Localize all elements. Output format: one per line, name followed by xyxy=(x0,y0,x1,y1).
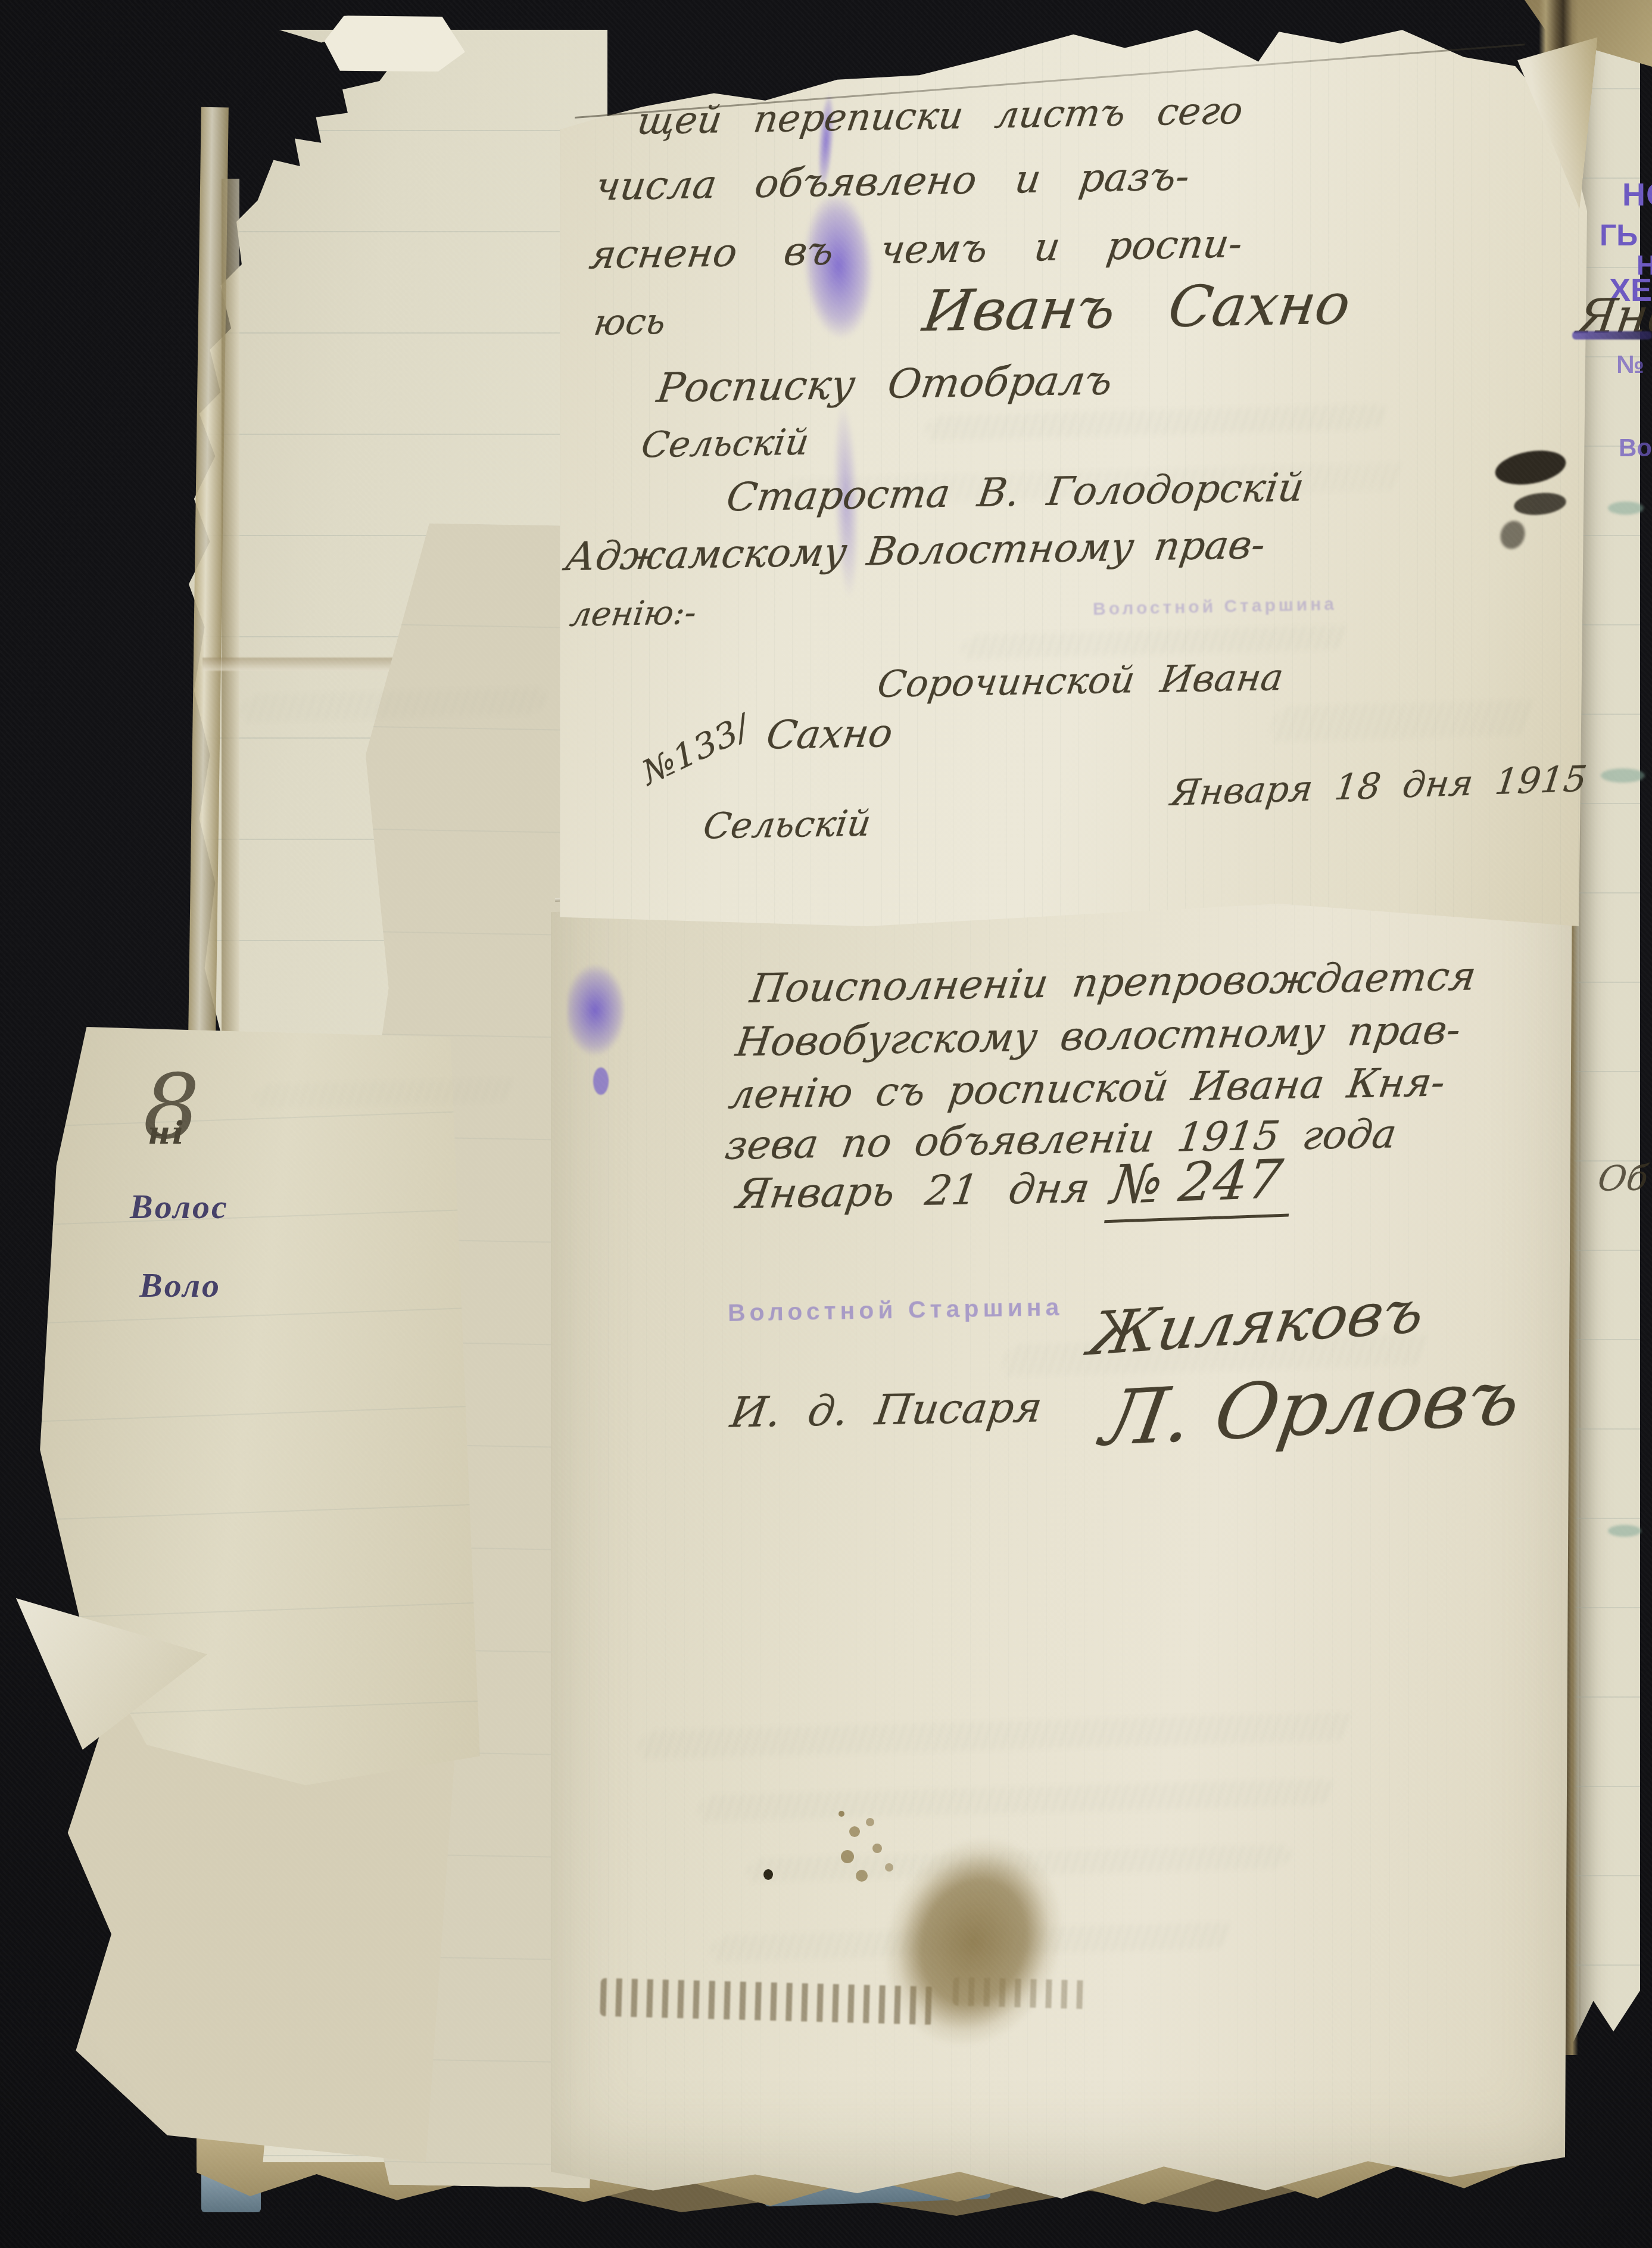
violet-ink-drip xyxy=(593,1067,609,1095)
doc1-name-ivan-sakhno: Иванъ Сахно xyxy=(919,272,1354,344)
doc1-line: Росписку Отобралъ xyxy=(654,357,1115,412)
volost-elder-stamp: Волостной Старшина xyxy=(728,1293,1064,1327)
doc1-line: Сельскій xyxy=(639,422,812,466)
printed-volost-fragment: Волос xyxy=(130,1187,229,1226)
doc2-date-line: Январь 21 дня xyxy=(734,1165,1093,1218)
stain-speckles xyxy=(839,1811,844,1817)
doc2-number-247: № 247 xyxy=(1104,1148,1296,1223)
cursive-mark: Об xyxy=(1595,1157,1651,1198)
violet-strike xyxy=(1572,331,1652,340)
paper-crease xyxy=(202,658,399,671)
doc1-line: Сахно xyxy=(763,710,896,758)
doc1-line: Сельскій xyxy=(701,803,874,848)
printed-volost-fragment: Воло xyxy=(139,1265,221,1305)
cyan-ink-trace xyxy=(1608,502,1644,515)
doc1-line: ленію:- xyxy=(568,593,699,634)
violet-ink-blot xyxy=(567,958,637,1074)
stamp-fragment: ГЬ xyxy=(1600,218,1638,253)
stamp-fragment: Во xyxy=(1619,434,1652,462)
doc1-line: Сорочинской Ивана xyxy=(875,655,1286,706)
stamp-number-sign: № xyxy=(1616,350,1644,379)
cyan-ink-trace xyxy=(1608,1525,1641,1537)
ink-dot xyxy=(763,1869,773,1880)
clerk-title: И. д. Писаря xyxy=(728,1383,1046,1437)
archive-photo-scene: щей переписки листъ сего числа объявлено… xyxy=(0,0,1652,2248)
ghost-bleedthrough xyxy=(1268,699,1536,742)
cyan-ink-trace xyxy=(1601,768,1645,783)
doc1-line: юсь xyxy=(591,301,668,344)
handwriting-fragment: ні xyxy=(148,1115,186,1151)
stamp-fragment: НО xyxy=(1622,176,1652,213)
